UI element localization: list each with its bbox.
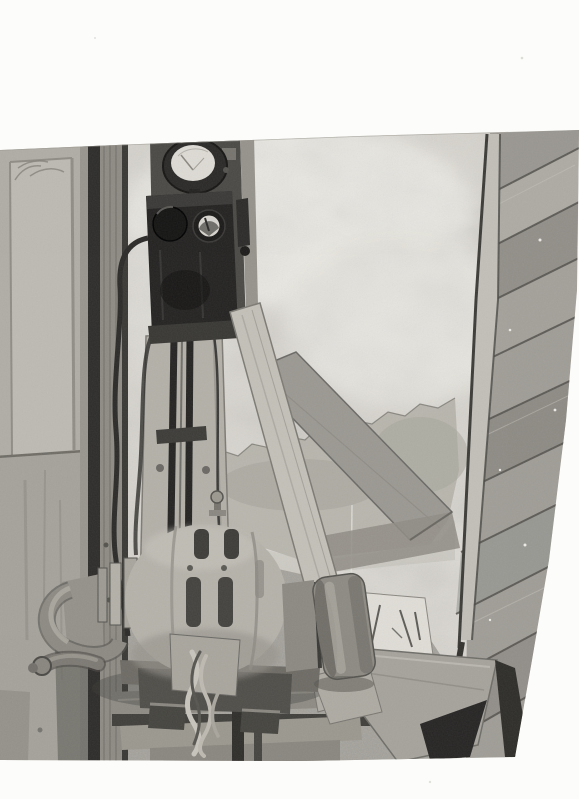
film-grain	[0, 125, 579, 765]
photograph	[0, 0, 579, 799]
photo-image	[0, 120, 579, 790]
photo-canvas	[0, 0, 579, 799]
